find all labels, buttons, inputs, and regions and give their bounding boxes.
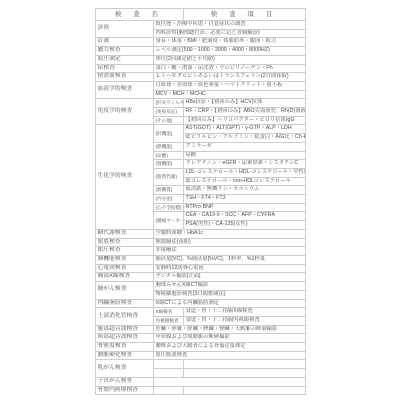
- exam-subcategory-cell: [153, 360, 183, 369]
- exam-detail-cell: 既往歴・治療中疾患・自覚症状の調査: [153, 21, 305, 30]
- exam-detail-cell: レベル測定(500・1000・2000・4000・8000HZ): [153, 47, 305, 56]
- exam-name-cell: 心電図検査: [95, 264, 153, 273]
- exam-detail-cell: CEA・CA19-9・SCC・AFP・CYFRA: [183, 212, 305, 221]
- exam-detail-cell: 総コレステロール・non-HDLコレステロール: [183, 177, 305, 186]
- exam-detail-cell: 白血球・赤血球・血色素量・ヘマトクリット・血小板: [153, 81, 305, 90]
- table-row: 肺がん検査胸部らせんX線CT撮影: [95, 282, 305, 291]
- exam-name-cell: 子宮がん検査: [95, 377, 153, 386]
- table-row: 計測身長・体重・BMI・肥満度・体脂肪率・腹囲・握力: [95, 38, 305, 47]
- page: 検 査 名 検 査 項 目 診察既往歴・治療中疾患・自覚症状の調査内科診察(胸部…: [0, 0, 400, 400]
- exam-detail-cell: TSH・FT4・FT3: [183, 195, 305, 204]
- exam-detail-cell: 座位(2回測定値と平均値): [153, 55, 305, 64]
- exam-subcategory-cell: [153, 386, 183, 395]
- exam-detail-cell: AST(GOT)・ALT(GPT)・γ-GTP・ALP・LDH: [183, 125, 305, 134]
- exam-name-cell: 計測: [95, 38, 153, 47]
- exam-detail-cell: 血清鉄・無機リン・カルシウム: [183, 186, 305, 195]
- exam-name-cell: 聴力検査: [95, 47, 153, 56]
- exam-detail-cell: HBs抗原・【初回のみ】HCV抗体: [183, 99, 305, 108]
- table-row: 骨盤内画像検査: [95, 386, 305, 395]
- exam-detail-cell: 非接触法: [153, 247, 305, 256]
- exam-detail-cell: デジタル撮影[正面]: [153, 273, 305, 282]
- exam-subcategory-cell: (脂質代謝): [153, 168, 183, 185]
- table-row: 眼圧検査非接触法: [95, 247, 305, 256]
- exam-name-cell: 動脈硬化検査: [95, 351, 153, 360]
- exam-detail-cell: [183, 369, 305, 378]
- exam-name-cell: 血圧測定: [95, 55, 153, 64]
- exam-subcategory-cell: (肝機能): [153, 125, 183, 142]
- exam-detail-cell: NTPro-BNP: [183, 203, 305, 212]
- exam-name-cell: 便潜血検査: [95, 73, 153, 82]
- exam-detail-cell: LDL-コレステロール・HDL-コレステロール・中性脂肪: [183, 168, 305, 177]
- exam-name-cell: 生化学的検査: [95, 125, 153, 229]
- exam-detail-cell: [183, 386, 305, 395]
- exam-name-cell: 尿検査: [95, 64, 153, 73]
- exam-detail-cell: [153, 377, 305, 386]
- exam-detail-cell: クレアチニン・eGFR・尿素窒素・シスタチンC: [183, 160, 305, 169]
- table-row: 頸部超音波検査甲状腺および頸動脈の断層撮影: [95, 334, 305, 343]
- table-row: 血液学的検査白血球・赤血球・血色素量・ヘマトクリット・血小板: [95, 81, 305, 90]
- exam-subcategory-cell: (腫瘍マーカー): [153, 212, 183, 229]
- exam-detail-cell: 胸部らせんX線CT撮影: [153, 282, 305, 291]
- exam-subcategory-cell: (内分泌): [153, 195, 183, 204]
- table-row: 子宮がん検査: [95, 377, 305, 386]
- table-row: 腹部超音波検査肝臓・胆嚢・膵臓・脾臓・腎臓・大動脈の断層撮影: [95, 325, 305, 334]
- table-row: 胸部X線検査デジタル撮影[正面]: [95, 273, 305, 282]
- exam-detail-cell: 肺活量[VC]、%肺活量[%VC]、1秒率、%1秒量: [153, 255, 305, 264]
- exam-detail-cell: 無散瞳法(両眼): [153, 238, 305, 247]
- exam-name-cell: 上部消化管検査: [95, 308, 153, 325]
- exam-detail-cell: PSA(男性)・CA-125(女性): [183, 221, 305, 230]
- exam-subcategory-cell: 内視鏡検査: [153, 316, 183, 325]
- column-header-exam-name: 検 査 名: [95, 9, 183, 21]
- exam-subcategory-cell: (その他): [153, 116, 183, 125]
- exam-name-cell: 胸部X線検査: [95, 273, 153, 282]
- exam-subcategory-cell: (免疫反応): [153, 108, 183, 117]
- exam-detail-cell: 血圧脈波検査: [153, 351, 305, 360]
- exam-subcategory-cell: (肝炎ウィルス): [153, 99, 183, 108]
- exam-detail-cell: ヒトヘモグロビンあるいはトランスフェリン(2日間採取): [153, 73, 305, 82]
- exam-subcategory-cell: (膵機能): [153, 142, 183, 151]
- exam-detail-cell: X線CTによる内臓脂肪測定: [153, 299, 305, 308]
- exam-subcategory-cell: (腎機能): [153, 160, 183, 169]
- table-row: 免疫学的検査(肝炎ウィルス)HBs抗原・【初回のみ】HCV抗体: [95, 99, 305, 108]
- exam-subcategory-cell: [153, 369, 183, 378]
- exam-name-cell: 骨密度検査: [95, 343, 153, 352]
- exam-detail-cell: 身長・体重・BMI・肥満度・体脂肪率・腹囲・握力: [153, 38, 305, 47]
- exam-detail-cell: 尿酸: [183, 151, 305, 160]
- exam-detail-cell: 食道・胃・十二指腸内視鏡検査: [183, 316, 305, 325]
- table-row: 糖代謝検査空腹時血糖・HbA1c: [95, 229, 305, 238]
- table-row: 上部消化管検査X線検査食道・胃・十二指腸X線検査: [95, 308, 305, 317]
- exam-detail-cell: 空腹時血糖・HbA1c: [153, 229, 305, 238]
- table-row: 生化学的検査(肝機能)AST(GOT)・ALT(GPT)・γ-GTP・ALP・L…: [95, 125, 305, 134]
- table-row: 血圧測定座位(2回測定値と平均値): [95, 55, 305, 64]
- exam-item-table: 検 査 名 検 査 項 目 診察既往歴・治療中疾患・自覚症状の調査内科診察(胸部…: [95, 8, 306, 395]
- exam-name-cell: 肺機能検査: [95, 255, 153, 264]
- table-row: 診察既往歴・治療中疾患・自覚症状の調査: [95, 21, 305, 30]
- exam-detail-cell: 腰椎および大腿骨による骨塩定量測定: [153, 343, 305, 352]
- table-row: 内臓脂肪検査X線CTによる内臓脂肪測定: [95, 299, 305, 308]
- exam-detail-cell: MCV・MCH・MCHC: [153, 90, 305, 99]
- exam-detail-cell: 総ビリルビン・アルブミン・総蛋白・A/G比・Ch-E: [183, 134, 305, 143]
- column-header-exam-detail: 検 査 項 目: [183, 9, 305, 21]
- table-header-row: 検 査 名 検 査 項 目: [95, 9, 305, 21]
- table-row: 骨密度検査腰椎および大腿骨による骨塩定量測定: [95, 343, 305, 352]
- exam-name-cell: 眼圧検査: [95, 247, 153, 256]
- exam-detail-cell: [183, 360, 305, 369]
- exam-detail-cell: 甲状腺および頸動脈の断層撮影: [153, 334, 305, 343]
- exam-subcategory-cell: (尿酸): [153, 151, 183, 160]
- exam-detail-cell: 安静時12誘導心電図: [153, 264, 305, 273]
- table-row: 聴力検査レベル測定(500・1000・2000・4000・8000HZ): [95, 47, 305, 56]
- exam-detail-cell: 喀痰細胞診検査(3日間蓄痰法): [153, 290, 305, 299]
- exam-detail-cell: 肝臓・胆嚢・膵臓・脾臓・腎臓・大動脈の断層撮影: [153, 325, 305, 334]
- exam-name-cell: 頸部超音波検査: [95, 334, 153, 343]
- table-row: 尿検査蛋白・糖・潜血・尿沈渣・ウロビリノーゲン・Ph: [95, 64, 305, 73]
- exam-name-cell: 腹部超音波検査: [95, 325, 153, 334]
- exam-name-cell: 肺がん検査: [95, 282, 153, 299]
- exam-subcategory-cell: (無機質): [153, 186, 183, 195]
- exam-name-cell: 糖代謝検査: [95, 229, 153, 238]
- exam-name-cell: 乳がん検査: [95, 360, 153, 377]
- exam-name-cell: 免疫学的検査: [95, 99, 153, 125]
- exam-name-cell: 内臓脂肪検査: [95, 299, 153, 308]
- exam-name-cell: 診察: [95, 21, 153, 38]
- table-row: 肺機能検査肺活量[VC]、%肺活量[%VC]、1秒率、%1秒量: [95, 255, 305, 264]
- exam-subcategory-cell: X線検査: [153, 308, 183, 317]
- exam-detail-cell: アミラーゼ: [183, 142, 305, 151]
- exam-detail-cell: 内科診察(胸部聴打診、必要に応じ直腸触診): [153, 29, 305, 38]
- exam-detail-cell: 蛋白・糖・潜血・尿沈渣・ウロビリノーゲン・Ph: [153, 64, 305, 73]
- table-row: 動脈硬化検査血圧脈波検査: [95, 351, 305, 360]
- table-row: 心電図検査安静時12誘導心電図: [95, 264, 305, 273]
- exam-name-cell: 血液学的検査: [95, 81, 153, 98]
- exam-name-cell: 眼底検査: [95, 238, 153, 247]
- exam-detail-cell: 食道・胃・十二指腸X線検査: [183, 308, 305, 317]
- exam-subcategory-cell: (心不全指標): [153, 203, 183, 212]
- exam-detail-cell: RF・CRP・【初回のみ】ABO式血液型、Rh(D)血液型: [183, 108, 305, 117]
- exam-name-cell: 骨盤内画像検査: [95, 386, 153, 395]
- table-row: 便潜血検査ヒトヘモグロビンあるいはトランスフェリン(2日間採取): [95, 73, 305, 82]
- exam-detail-cell: 【初回のみ】ヘリコバクター・ピロリ抗体IgG: [183, 116, 305, 125]
- table-row: 乳がん検査: [95, 360, 305, 369]
- table-row: 眼底検査無散瞳法(両眼): [95, 238, 305, 247]
